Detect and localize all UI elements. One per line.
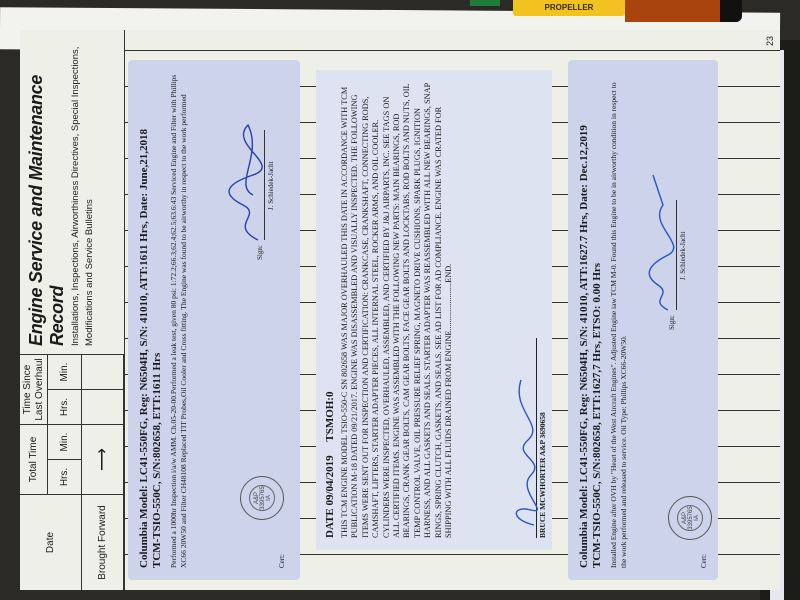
brought-forward-label: Brought Forward	[82, 494, 124, 590]
entry-card-1: Columbia Model: LC41-550FG, Reg: N6504H,…	[128, 60, 300, 580]
faa-stamp-icon: A&P3395765IA	[668, 496, 712, 540]
entry1-signer: J. Schiedek-Jacht	[267, 161, 275, 210]
entry3-body: Installed Engine after OVH by "Heart of …	[609, 72, 628, 568]
entry3-sign-label: Sign:	[668, 315, 676, 330]
faa-stamp-icon: A&P3395765IA	[240, 476, 284, 520]
signature-icon	[506, 370, 538, 530]
entry2-date: DATE 09/04/2019	[324, 455, 336, 538]
stamp-type: IA	[694, 506, 700, 530]
entry2-date-line: DATE 09/04/2019 TSMOH:0	[324, 82, 336, 538]
signature-icon	[223, 115, 268, 245]
tab-propeller[interactable]: PROPELLER	[513, 0, 625, 16]
brought-forward-min	[82, 354, 124, 389]
entry1-heading-1: Columbia Model: LC41-550FG, Reg: N6504H,…	[138, 72, 151, 568]
last-overhaul-label: Last Overhaul	[34, 355, 46, 424]
col-tso-hrs: Hrs.	[48, 389, 82, 424]
stamp-type: IA	[266, 486, 272, 510]
entry3-signer: J. Schiedek-Jacht	[679, 231, 687, 280]
tab-black[interactable]	[720, 0, 742, 22]
col-date: Date	[20, 494, 82, 590]
page-title: Engine Service and Maintenance Record	[26, 38, 68, 346]
entry3-heading-1: Columbia Model: LC41-550FG, Reg: N6504H,…	[578, 72, 591, 568]
entry1-heading-2: TCM-TSIO-550C, S/N:802658, ETT:1611 Hrs	[151, 72, 164, 568]
entry-card-3: Columbia Model: LC41-550FG, Reg: N6504H,…	[568, 60, 718, 580]
col-total-min: Min.	[48, 424, 82, 459]
binder-tabs: PROPELLER	[0, 0, 800, 14]
entry1-sign-label: Sign:	[256, 245, 264, 260]
entry-card-2: DATE 09/04/2019 TSMOH:0 THIS TCM ENGINE …	[316, 70, 552, 550]
entry2-body: THIS TCM ENGINE MODEL TSIO-550-C SN 8026…	[340, 82, 454, 538]
entry1-cert-label: Cert:	[278, 554, 286, 568]
tab-orange[interactable]	[625, 0, 720, 22]
entry2-tsmoh: TSMOH:0	[324, 392, 336, 442]
page-subtitle-1: Installations, Inspections, Airworthines…	[70, 38, 82, 346]
entry1-body: Performed a 1000hr Inspection i/a/w AMM.…	[169, 72, 188, 568]
col-tso-min: Min.	[48, 354, 82, 389]
page-header: Date Total Time Hrs. Min. Time Since Las…	[20, 30, 125, 590]
time-since-label: Time Since	[22, 355, 34, 424]
entry3-cert-label: Cert:	[700, 554, 708, 568]
col-total-time: Total Time	[20, 424, 48, 494]
brought-forward-hrs	[82, 389, 124, 424]
logbook-page: Date Total Time Hrs. Min. Time Since Las…	[20, 30, 780, 590]
col-total-hrs: Hrs.	[48, 459, 82, 494]
signature-icon	[643, 165, 678, 315]
arrow-right-icon: ⟶	[82, 424, 124, 494]
col-time-since: Time Since Last Overhaul	[20, 354, 48, 424]
page-number: 23	[765, 36, 775, 46]
tab-green[interactable]	[470, 0, 500, 6]
page-subtitle-2: Modifications and Service Bulletins	[84, 38, 96, 346]
title-block: Engine Service and Maintenance Record In…	[20, 30, 124, 354]
entry3-heading-2: TCM-TSIO-550C, S/N:802658, ETT:1627,7 Hr…	[591, 72, 604, 568]
